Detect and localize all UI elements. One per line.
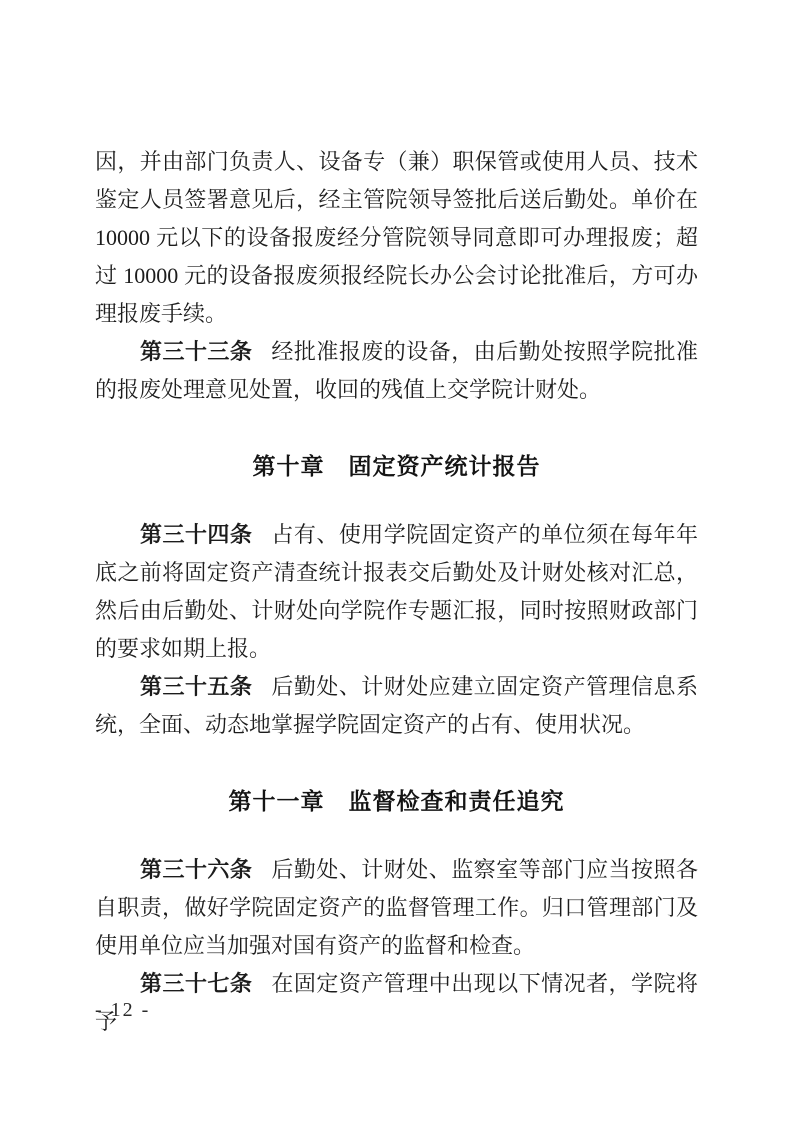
- article-paragraph-35: 第三十五条后勤处、计财处应建立固定资产管理信息系统，全面、动态地掌握学院固定资产…: [95, 668, 698, 744]
- article-number: 第三十三条: [140, 339, 252, 364]
- document-body: 因，并由部门负责人、设备专（兼）职保管或使用人员、技术鉴定人员签署意见后，经主管…: [95, 143, 698, 1041]
- chapter-heading-10: 第十章 固定资产统计报告: [95, 447, 698, 485]
- article-paragraph-34: 第三十四条占有、使用学院固定资产的单位须在每年年底之前将固定资产清查统计报表交后…: [95, 516, 698, 668]
- page-number: - 12 -: [95, 997, 150, 1023]
- article-paragraph-36: 第三十六条后勤处、计财处、监察室等部门应当按照各自职责，做好学院固定资产的监督管…: [95, 851, 698, 965]
- article-paragraph-37: 第三十七条在固定资产管理中出现以下情况者，学院将予: [95, 965, 698, 1041]
- article-number: 第三十六条: [140, 857, 252, 882]
- paragraph-continuation: 因，并由部门负责人、设备专（兼）职保管或使用人员、技术鉴定人员签署意见后，经主管…: [95, 143, 698, 333]
- article-paragraph-33: 第三十三条经批准报废的设备，由后勤处按照学院批准的报废处理意见处置，收回的残值上…: [95, 333, 698, 409]
- document-page: 因，并由部门负责人、设备专（兼）职保管或使用人员、技术鉴定人员签署意见后，经主管…: [0, 0, 793, 1122]
- article-number: 第三十四条: [140, 522, 252, 547]
- article-number: 第三十七条: [140, 971, 252, 996]
- article-number: 第三十五条: [140, 674, 252, 699]
- chapter-heading-11: 第十一章 监督检查和责任追究: [95, 782, 698, 820]
